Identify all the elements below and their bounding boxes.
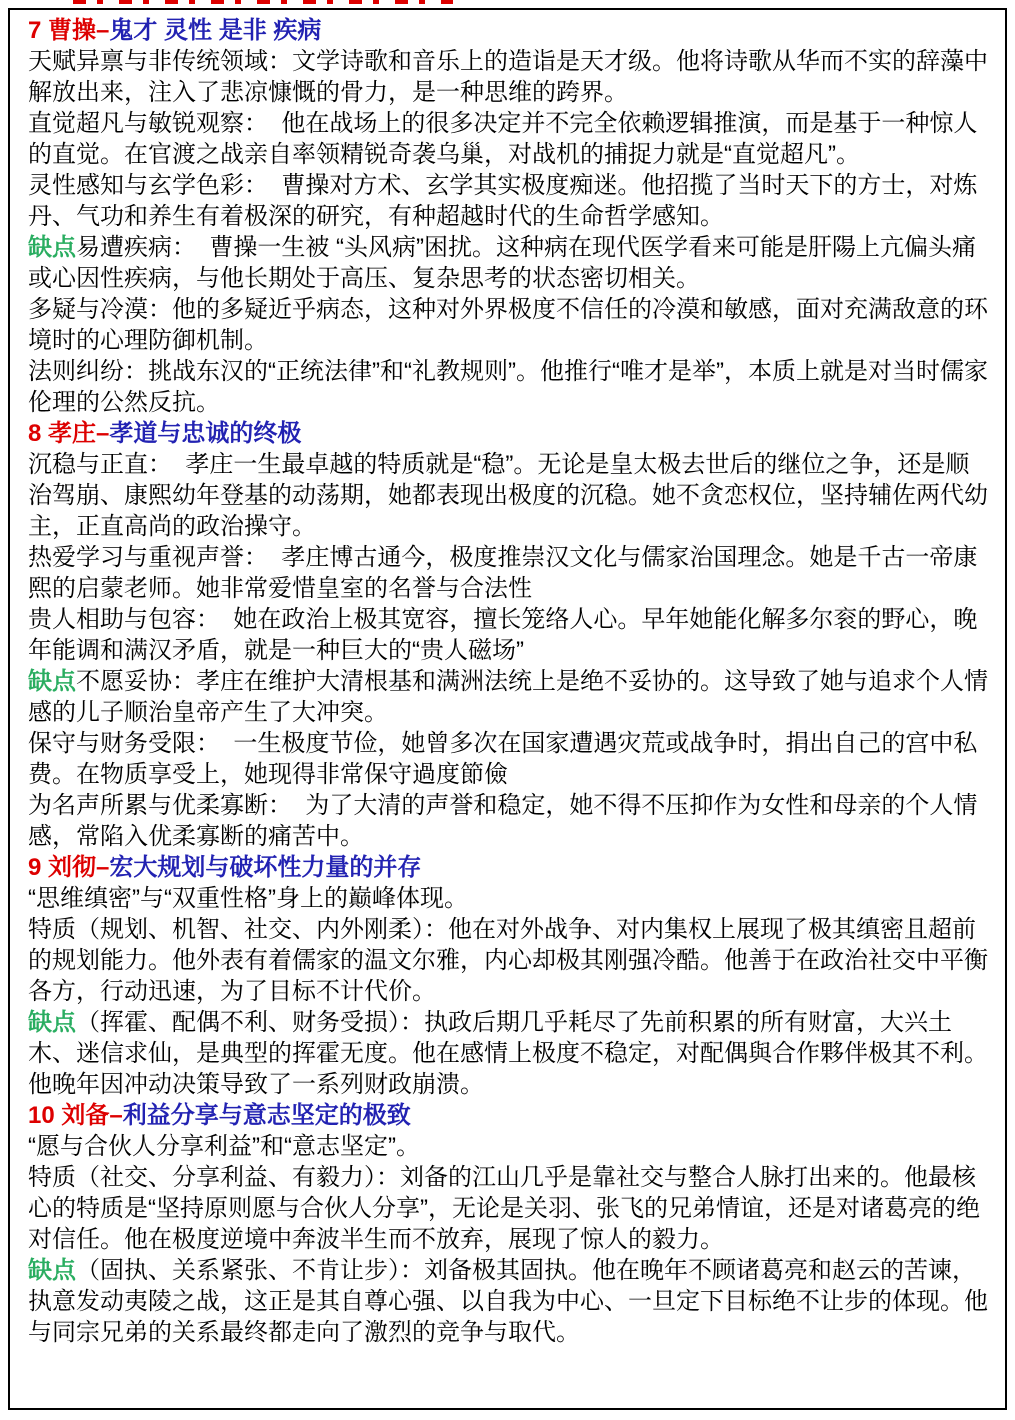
- paragraph: “愿与合伙人分享利益”和“意志坚定”。: [28, 1131, 991, 1162]
- paragraph: “思维缜密”与“双重性格”身上的巅峰体现。: [28, 883, 991, 914]
- weakness-label: 缺点: [28, 1009, 76, 1036]
- weakness-label: 缺点: [28, 234, 76, 261]
- heading-title: 利益分享与意志坚定的极致: [123, 1102, 411, 1129]
- paragraph: 灵性感知与玄学色彩： 曹操对方术、玄学其实极度痴迷。他招揽了当时天下的方士，对炼…: [28, 170, 991, 232]
- clipped-text-fragment: [73, 0, 453, 4]
- heading-number-name: 8 孝庄–: [28, 420, 109, 447]
- section-heading: 8 孝庄–孝道与忠诚的终极: [28, 418, 991, 449]
- paragraph: 沉稳与正直： 孝庄一生最卓越的特质就是“稳”。无论是皇太极去世后的继位之争，还是…: [28, 449, 991, 542]
- paragraph: 贵人相助与包容： 她在政治上极其宽容，擅长笼络人心。早年她能化解多尔衮的野心，晚…: [28, 604, 991, 666]
- heading-title: 鬼才 灵性 是非 疾病: [109, 17, 321, 44]
- paragraph: 为名声所累与优柔寡断： 为了大清的声誉和稳定，她不得不压抑作为女性和母亲的个人情…: [28, 790, 991, 852]
- paragraph: 天赋异禀与非传统领域：文学诗歌和音乐上的造诣是天才级。他将诗歌从华而不实的辞藻中…: [28, 46, 991, 108]
- section-heading: 9 刘彻–宏大规划与破坏性力量的并存: [28, 852, 991, 883]
- weakness-label: 缺点: [28, 1257, 76, 1284]
- paragraph: 缺点（固执、关系紧张、不肯让步）：刘备极其固执。他在晚年不顾诸葛亮和赵云的苦谏，…: [28, 1255, 991, 1348]
- document-page: 7 曹操–鬼才 灵性 是非 疾病天赋异禀与非传统领域：文学诗歌和音乐上的造诣是天…: [8, 8, 1007, 1410]
- heading-title: 宏大规划与破坏性力量的并存: [109, 854, 421, 881]
- heading-number-name: 10 刘备–: [28, 1102, 123, 1129]
- paragraph: 缺点易遭疾病： 曹操一生被 “头风病”困扰。这种病在现代医学看来可能是肝陽上亢偏…: [28, 232, 991, 294]
- heading-title: 孝道与忠诚的终极: [109, 420, 301, 447]
- heading-number-name: 9 刘彻–: [28, 854, 109, 881]
- paragraph: 热爱学习与重视声誉： 孝庄博古通今，极度推崇汉文化与儒家治国理念。她是千古一帝康…: [28, 542, 991, 604]
- paragraph: 直觉超凡与敏锐观察： 他在战场上的很多决定并不完全依赖逻辑推演，而是基于一种惊人…: [28, 108, 991, 170]
- section-heading: 10 刘备–利益分享与意志坚定的极致: [28, 1100, 991, 1131]
- paragraph: 保守与财务受限： 一生极度节俭，她曾多次在国家遭遇灾荒或战争时，捐出自己的宫中私…: [28, 728, 991, 790]
- weakness-label: 缺点: [28, 668, 76, 695]
- document-content: 7 曹操–鬼才 灵性 是非 疾病天赋异禀与非传统领域：文学诗歌和音乐上的造诣是天…: [28, 15, 991, 1348]
- section-heading: 7 曹操–鬼才 灵性 是非 疾病: [28, 15, 991, 46]
- paragraph: 法则纠纷：挑战东汉的“正统法律”和“礼教规则”。他推行“唯才是举”，本质上就是对…: [28, 356, 991, 418]
- heading-number-name: 7 曹操–: [28, 17, 109, 44]
- paragraph: 特质（规划、机智、社交、内外刚柔）：他在对外战争、对内集权上展现了极其缜密且超前…: [28, 914, 991, 1007]
- paragraph: 缺点（挥霍、配偶不利、财务受损）：执政后期几乎耗尽了先前积累的所有财富，大兴土木…: [28, 1007, 991, 1100]
- paragraph: 缺点不愿妥协：孝庄在维护大清根基和满洲法统上是绝不妥协的。这导致了她与追求个人情…: [28, 666, 991, 728]
- paragraph: 多疑与冷漠：他的多疑近乎病态，这种对外界极度不信任的冷漠和敏感，面对充满敌意的环…: [28, 294, 991, 356]
- paragraph: 特质（社交、分享利益、有毅力）：刘备的江山几乎是靠社交与整合人脉打出来的。他最核…: [28, 1162, 991, 1255]
